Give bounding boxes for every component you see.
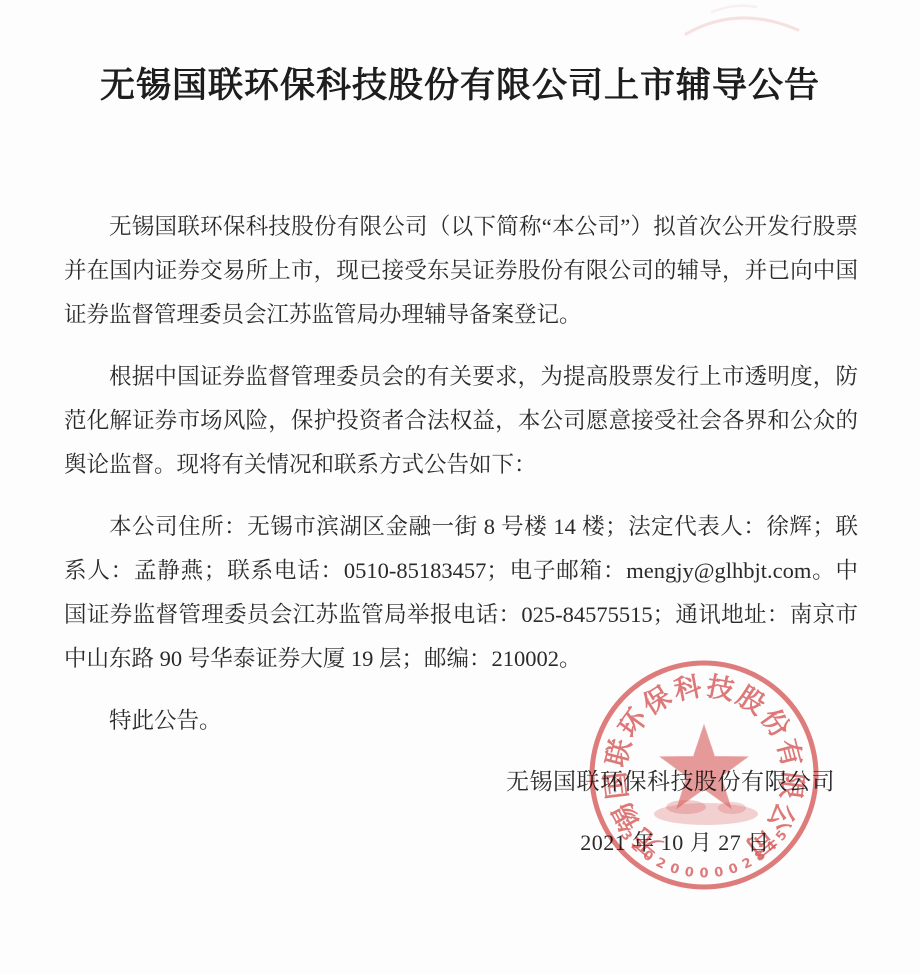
seal-ink-smudge xyxy=(666,800,706,814)
svg-text:0: 0 xyxy=(713,865,724,881)
paragraph-contact-info: 本公司住所：无锡市滨湖区金融一街 8 号楼 14 楼；法定代表人：徐辉；联系人：… xyxy=(64,505,858,681)
announcement-date: 2021 年 10 月 27 日 xyxy=(580,826,770,857)
document-page: 无锡国联环保科技股份有限公司上市辅导公告 无锡国联环保科技股份有限公司（以下简称… xyxy=(0,0,920,974)
page-title: 无锡国联环保科技股份有限公司上市辅导公告 xyxy=(0,58,920,108)
partial-seal-fragment-icon xyxy=(678,0,808,40)
svg-text:2: 2 xyxy=(653,855,668,872)
svg-text:5: 5 xyxy=(773,828,790,844)
svg-text:0: 0 xyxy=(668,861,681,878)
company-signature: 无锡国联环保科技股份有限公司 xyxy=(506,763,835,796)
svg-text:0: 0 xyxy=(683,865,694,881)
svg-text:0: 0 xyxy=(727,861,740,878)
seal-ink-smudge xyxy=(654,803,758,825)
svg-text:2: 2 xyxy=(740,855,755,872)
svg-text:0: 0 xyxy=(699,867,708,882)
paragraph-intro: 无锡国联环保科技股份有限公司（以下简称“本公司”）拟首次公开发行股票并在国内证券… xyxy=(64,205,858,337)
closing-line: 特此公告。 xyxy=(64,699,858,743)
seal-ink-smudge xyxy=(718,802,746,814)
paragraph-regulation: 根据中国证券监督管理委员会的有关要求，为提高股票发行上市透明度，防范化解证券市场… xyxy=(64,355,858,487)
document-body: 无锡国联环保科技股份有限公司（以下简称“本公司”）拟首次公开发行股票并在国内证券… xyxy=(64,205,858,761)
